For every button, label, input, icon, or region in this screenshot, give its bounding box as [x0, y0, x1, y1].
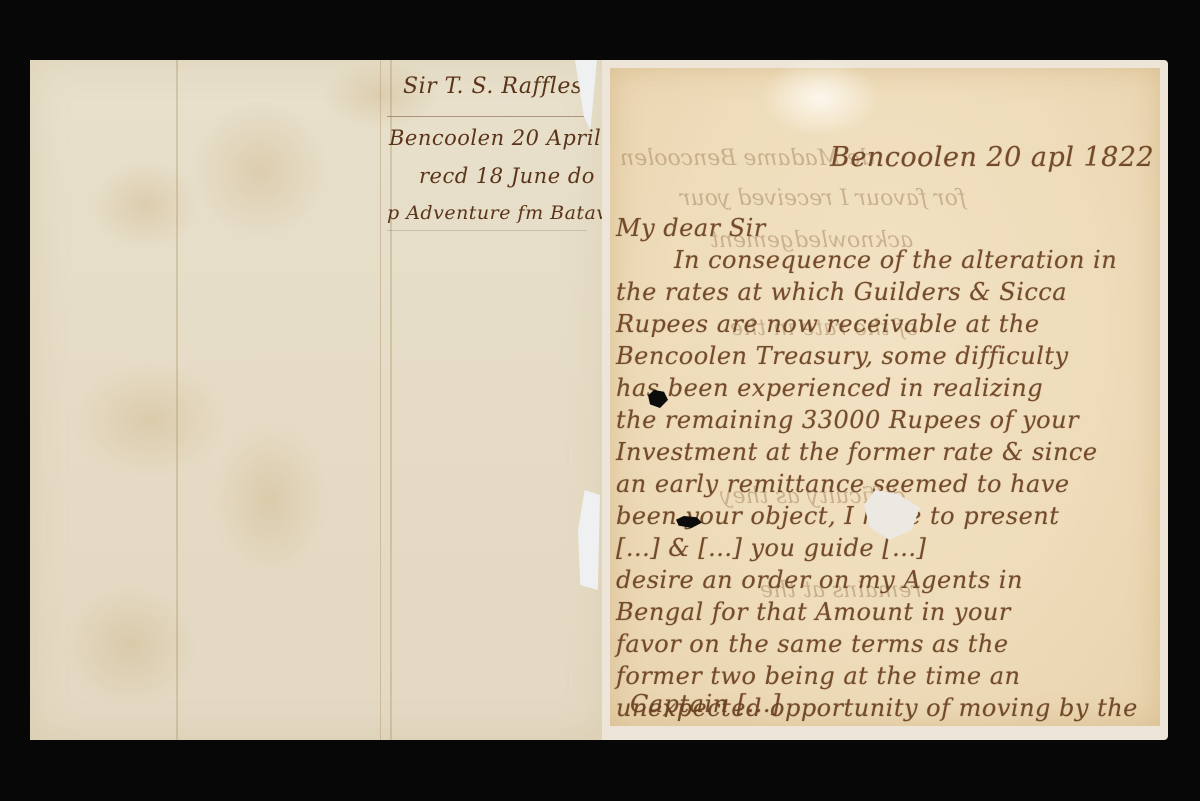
- address-block: Sir T. S. Raffles Bencoolen 20 April 182…: [380, 60, 606, 740]
- divider: [387, 116, 587, 117]
- letter-page-surface: de Madame Bencoolen for favour I receive…: [610, 68, 1160, 726]
- letter-dateline: Bencoolen 20 apl 1822: [830, 142, 1154, 173]
- letter-body-line: the rates at which Guilders & Sicca: [616, 278, 1067, 306]
- letter-body-line: an early remittance seemed to have: [616, 470, 1070, 498]
- recipient-name: Sir T. S. Raffles: [403, 74, 583, 99]
- letter-body-line: In consequence of the alteration in: [674, 246, 1117, 274]
- divider: [387, 230, 587, 231]
- letter-body-line: Bengal for that Amount in your: [616, 598, 1011, 626]
- letter-body-line: desire an order on my Agents in: [616, 566, 1023, 594]
- letter-body-line: Rupees are now receivable at the: [616, 310, 1040, 338]
- bleed-through-text: for favour I received your: [680, 186, 966, 211]
- water-stain: [60, 580, 200, 710]
- docket-line-received: recd 18 June do: [419, 164, 595, 188]
- seal-mark: [760, 58, 880, 138]
- water-stain: [90, 160, 200, 250]
- address-side-panel: Sir T. S. Raffles Bencoolen 20 April 182…: [30, 60, 605, 740]
- water-stain: [210, 420, 330, 580]
- letter-body-line: favor on the same terms as the: [616, 630, 1009, 658]
- water-stain: [70, 360, 230, 480]
- letter-body-line: the remaining 33000 Rupees of your: [616, 406, 1079, 434]
- letter-body-line: Investment at the former rate & since: [616, 438, 1098, 466]
- letter-body-line-last: Captain [...]: [630, 690, 781, 718]
- letter-body-line: has been experienced in realizing: [616, 374, 1043, 402]
- water-stain: [190, 100, 330, 240]
- fold-line: [176, 60, 178, 740]
- letter-body-line: [...] & [...] you guide [...]: [616, 534, 926, 562]
- letter-page: de Madame Bencoolen for favour I receive…: [602, 60, 1168, 740]
- letter-sheet: Sir T. S. Raffles Bencoolen 20 April 182…: [30, 60, 1168, 740]
- docket-line-ship: p Adventure fm Batavia: [387, 202, 626, 224]
- letter-salutation: My dear Sir: [616, 214, 766, 242]
- letter-body-line: Bencoolen Treasury, some difficulty: [616, 342, 1069, 370]
- letter-body-line: former two being at the time an: [616, 662, 1021, 690]
